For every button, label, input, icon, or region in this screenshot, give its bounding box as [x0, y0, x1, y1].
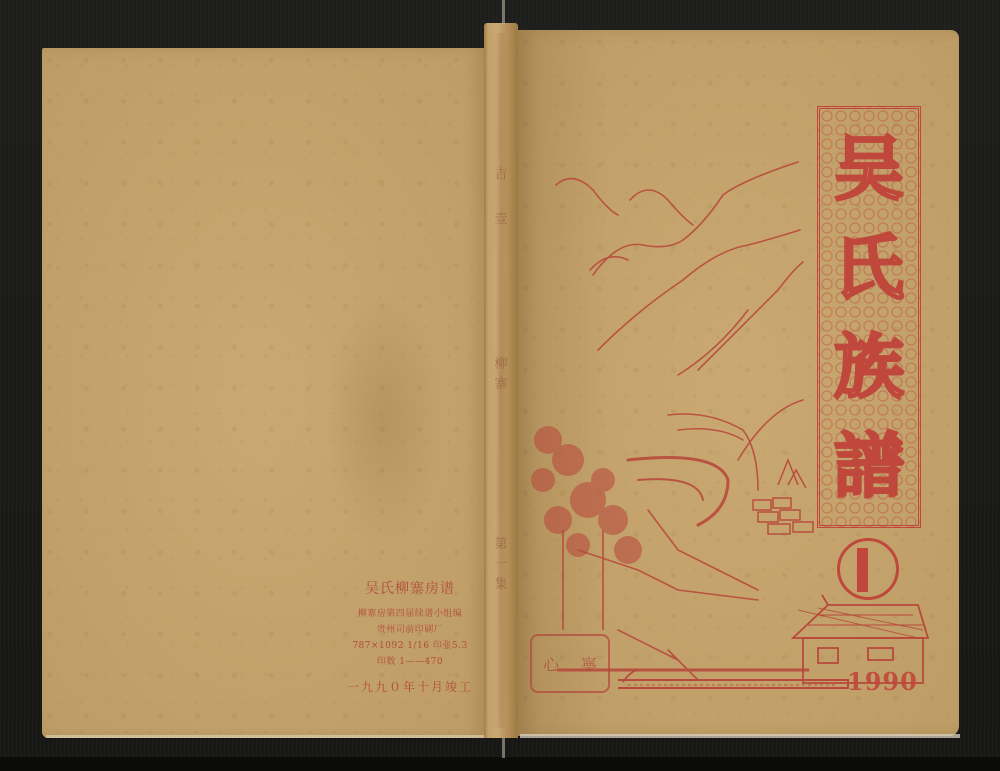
artist-seal: 心 寧: [530, 634, 610, 693]
title-char: 譜: [834, 431, 904, 501]
spine-char: 吉: [484, 163, 518, 182]
colophon: 吴氏柳寨房谱 柳寨房第四届续谱小组编 贵州司前印刷厂 787×1092 1/16…: [330, 578, 490, 695]
colophon-editor: 柳寨房第四届续谱小组编: [330, 606, 490, 622]
colophon-title: 吴氏柳寨房谱: [330, 578, 490, 598]
page-edge-left: [46, 735, 484, 738]
spine-char: 集: [484, 573, 518, 592]
binding-thread-top: [502, 0, 505, 24]
title-char: 氏: [834, 233, 904, 303]
colophon-date: 一九九０年十月竣工: [330, 678, 490, 695]
colophon-printer: 贵州司前印刷厂: [330, 622, 490, 638]
spine-char: 柳: [484, 353, 518, 372]
spine-char: 寨: [484, 373, 518, 392]
colophon-format: 787×1092 1/16 印张5.3: [330, 638, 490, 654]
seal-char: 心: [543, 652, 559, 675]
binding-thread-bottom: [502, 738, 505, 758]
cover-year: 1990: [847, 667, 918, 696]
seal-char: 寧: [581, 652, 597, 675]
spine-char: 第: [484, 533, 518, 552]
colophon-print-run: 印数 1——470: [330, 654, 490, 670]
title-char: 族: [834, 332, 904, 402]
back-cover-stain: [324, 288, 444, 548]
title-cartouche: 吴 氏 族 譜: [817, 106, 921, 528]
volume-numeral-one: [857, 548, 868, 592]
spine-char: 壹: [484, 208, 518, 227]
volume-number-circle: [837, 538, 899, 600]
book-spine: 吉 壹 柳 寨 第 一 集: [484, 23, 518, 738]
title-char: 吴: [834, 134, 904, 204]
spine-char: 一: [484, 553, 518, 572]
background-bottom-strip: [0, 757, 1000, 771]
